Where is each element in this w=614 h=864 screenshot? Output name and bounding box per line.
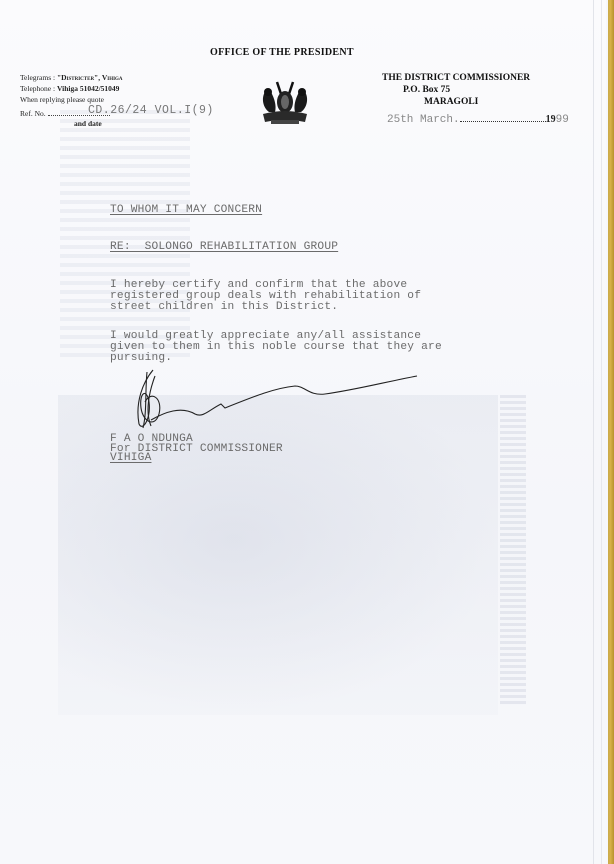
telephone-line: Telephone : Vihiga 51042/51049: [20, 83, 123, 94]
date-year: 99: [556, 114, 569, 126]
paragraph-certify: I hereby certify and confirm that the ab…: [110, 280, 421, 313]
bleed-through-column: [500, 395, 526, 705]
date-dotted-line: [460, 114, 546, 122]
letter-page: OFFICE OF THE PRESIDENT Telegrams : "Dis…: [0, 0, 606, 864]
paper-edge-line: [593, 0, 594, 864]
ref-number: CD.26/24 VOL.I(9): [88, 104, 214, 117]
paragraph-appreciate: I would greatly appreciate any/all assis…: [110, 331, 442, 364]
office-title: OFFICE OF THE PRESIDENT: [210, 47, 354, 58]
coat-of-arms-icon: [257, 78, 313, 126]
letter-date: 25th March.1999: [387, 114, 569, 126]
telephone-value: Vihiga 51042/51049: [57, 84, 119, 93]
bleed-through-texture: [60, 110, 190, 360]
salutation: TO WHOM IT MAY CONCERN: [110, 204, 262, 216]
date-century: 19: [546, 114, 556, 125]
signatory-place: VIHIGA: [110, 452, 151, 464]
sender-po-box: P.O. Box 75: [382, 84, 530, 96]
sender-town: MARAGOLI: [382, 96, 530, 108]
telegrams-value: "Districter", Vihiga: [57, 73, 123, 82]
folder-edge: [608, 0, 614, 864]
telegrams-label: Telegrams :: [20, 73, 55, 82]
date-day-month: 25th March.: [387, 114, 460, 126]
subject-line: RE: SOLONGO REHABILITATION GROUP: [110, 241, 338, 253]
sender-address: THE DISTRICT COMMISSIONER P.O. Box 75 MA…: [382, 72, 530, 108]
and-date-label: and date: [74, 119, 102, 128]
sender-title: THE DISTRICT COMMISSIONER: [382, 72, 530, 84]
telegrams-line: Telegrams : "Districter", Vihiga: [20, 72, 123, 83]
telephone-label: Telephone :: [20, 84, 55, 93]
paper-edge-line: [601, 0, 602, 864]
contact-block: Telegrams : "Districter", Vihiga Telepho…: [20, 72, 123, 105]
ref-label: Ref. No.: [20, 109, 46, 118]
signature-icon: [125, 362, 425, 442]
signatory-block: F A O NDUNGA For DISTRICT COMMISSIONER: [110, 434, 283, 454]
